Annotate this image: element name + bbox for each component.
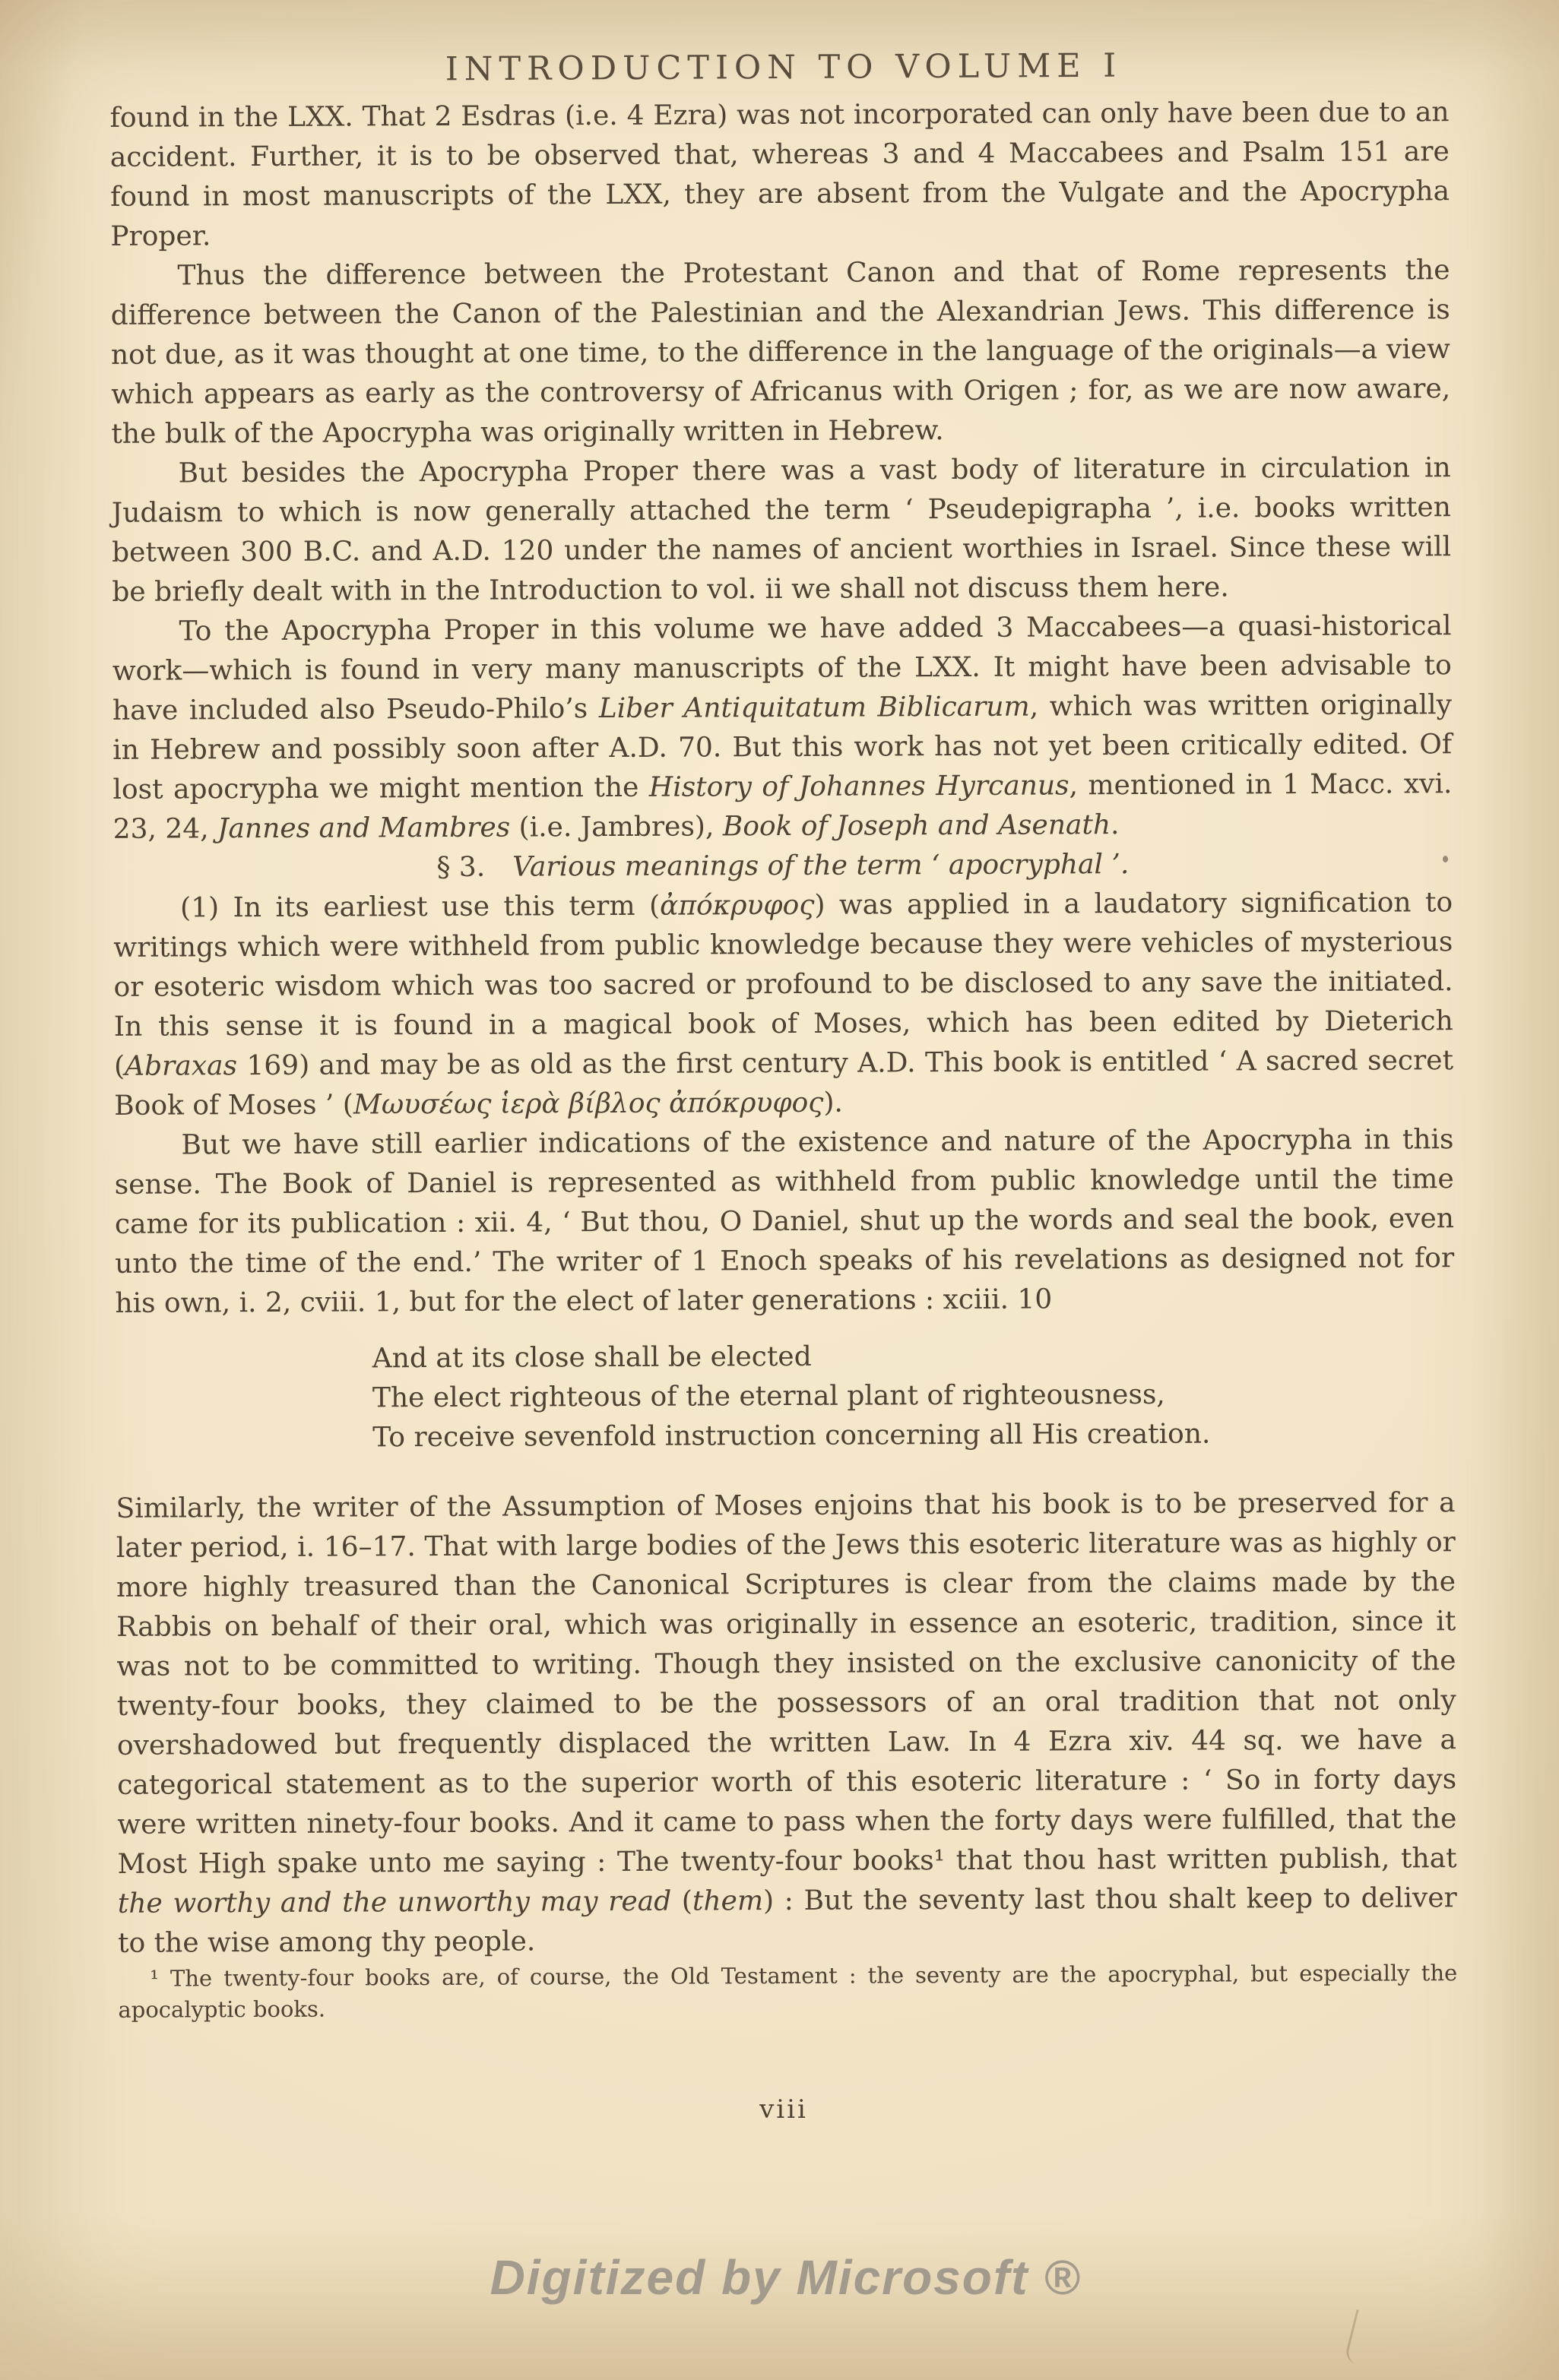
- paragraph: But besides the Apocrypha Proper there w…: [112, 448, 1452, 612]
- verse-line: To receive sevenfold instruction concern…: [372, 1413, 1455, 1457]
- page-background: INTRODUCTION TO VOLUME I found in the LX…: [0, 0, 1559, 2380]
- text-segment: But we have still earlier indications of…: [115, 1124, 1455, 1319]
- text-segment: Thus the difference between the Protesta…: [111, 255, 1451, 450]
- italic-text: ἀπόκρυφος: [660, 890, 815, 922]
- heading: § 3. Various meanings of the term ‘ apoc…: [113, 843, 1453, 889]
- paragraph: Similarly, the writer of the Assumption …: [116, 1483, 1457, 1964]
- paragraph: found in the LXX. That 2 Esdras (i.e. 4 …: [109, 93, 1450, 257]
- italic-text: Book of Joseph and Asenath: [723, 809, 1111, 842]
- digitized-watermark: Digitized by Microsoft ®: [6, 2249, 1559, 2306]
- paragraph: (1) In its earliest use this term (ἀπόκρ…: [113, 883, 1453, 1126]
- italic-text: Various meanings of the term ‘ apocrypha…: [512, 849, 1129, 883]
- italic-text: Μωυσέως ἱερὰ βίβλος ἀπόκρυφος: [353, 1087, 824, 1121]
- text-segment: (1) In its earliest use this term (: [180, 891, 660, 924]
- italic-text: the worthy and the unworthy may read: [118, 1886, 672, 1920]
- text-segment: § 3.: [436, 852, 512, 883]
- page-title: INTRODUCTION TO VOLUME I: [114, 45, 1453, 90]
- paragraph: But we have still earlier indications of…: [114, 1120, 1454, 1324]
- paragraph: Thus the difference between the Protesta…: [110, 251, 1450, 454]
- paragraph: To the Apocrypha Proper in this volume w…: [112, 606, 1452, 850]
- paper-blemish-crease: [1344, 2309, 1369, 2364]
- italic-text: History of Johannes Hyrcanus: [649, 770, 1069, 802]
- text-segment: (: [671, 1886, 692, 1917]
- text-segment: (i.e. Jambres),: [510, 811, 723, 843]
- paper-blemish-dot: [1443, 856, 1448, 862]
- text-segment: Similarly, the writer of the Assumption …: [116, 1487, 1456, 1880]
- italic-text: them: [692, 1885, 763, 1916]
- italic-text: Jannes and Mambres: [217, 812, 510, 845]
- verse-line: And at its close shall be elected: [372, 1334, 1455, 1378]
- text-segment: But besides the Apocrypha Proper there w…: [112, 452, 1451, 608]
- verse-line: The elect righteous of the eternal plant…: [372, 1374, 1455, 1418]
- text-segment: ).: [823, 1087, 843, 1119]
- page-number: viii: [114, 2094, 1453, 2125]
- text-segment: ¹ The twenty-four books are, of course, …: [118, 1960, 1457, 2023]
- italic-text: Abraxas: [125, 1050, 237, 1082]
- verse: And at its close shall be electedThe ele…: [372, 1334, 1456, 1457]
- text-segment: .: [1111, 809, 1120, 840]
- text-segment: found in the LXX. That 2 Esdras (i.e. 4 …: [109, 97, 1450, 252]
- footnote: ¹ The twenty-four books are, of course, …: [118, 1957, 1457, 2026]
- italic-text: Liber Antiquitatum Biblicarum: [599, 692, 1030, 724]
- text-blocks: found in the LXX. That 2 Esdras (i.e. 4 …: [109, 93, 1457, 2026]
